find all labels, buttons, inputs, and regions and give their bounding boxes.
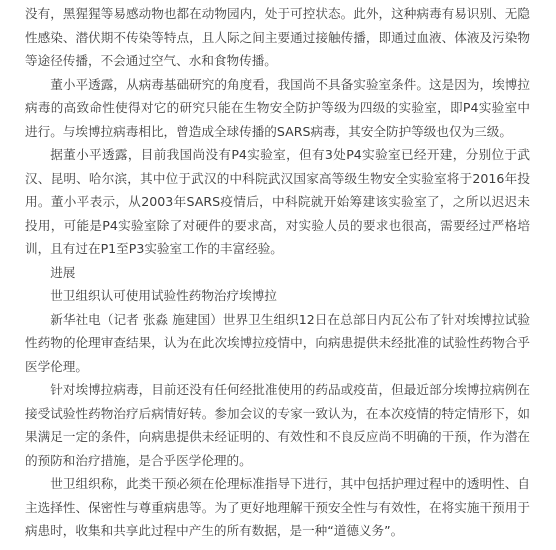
- article-section-label: 进展: [25, 261, 530, 285]
- article-paragraph: 董小平透露，从病毒基础研究的角度看，我国尚不具备实验室条件。这是因为，埃博拉病毒…: [25, 73, 530, 144]
- article-paragraph: 据董小平透露，目前我国尚没有P4实验室，但有3处P4实验室已经开建，分别位于武汉…: [25, 143, 530, 261]
- article-subheading: 世卫组织认可使用试验性药物治疗埃博拉: [25, 284, 530, 308]
- article-paragraph: 新华社电（记者 张淼 施建国）世界卫生组织12日在总部日内瓦公布了针对埃博拉试验…: [25, 308, 530, 379]
- document-page: 没有，黑猩猩等易感动物也都在动物园内，处于可控状态。此外，这种病毒有易识别、无隐…: [0, 0, 556, 550]
- article-paragraph: 没有，黑猩猩等易感动物也都在动物园内，处于可控状态。此外，这种病毒有易识别、无隐…: [25, 2, 530, 73]
- article-paragraph: 世卫组织称，此类干预必须在伦理标准指导下进行，其中包括护理过程中的透明性、自主选…: [25, 472, 530, 543]
- article-paragraph: 针对埃博拉病毒，目前还没有任何经批准使用的药品或疫苗，但最近部分埃博拉病例在接受…: [25, 378, 530, 472]
